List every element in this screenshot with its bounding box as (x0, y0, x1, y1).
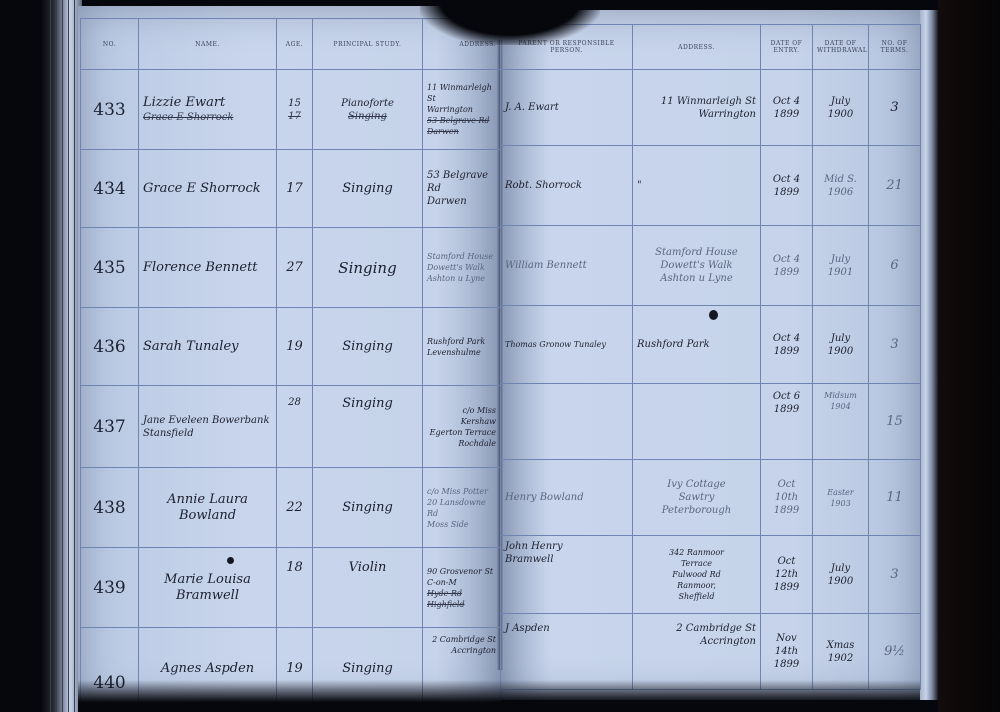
book-shadow-bottom (78, 680, 920, 712)
entry-date-withdrawal: Midsum 1904 (817, 390, 864, 412)
entry-date-entry-cell: Oct 4 1899 (761, 146, 813, 226)
entry-terms: 3 (873, 100, 916, 116)
entry-terms-cell: 11 (869, 460, 921, 536)
table-row: Oct 6 1899 Midsum 1904 15 (501, 384, 921, 460)
entry-address: Rushford Park Levenshulme (427, 336, 496, 358)
entry-date-entry-cell: Oct 4 1899 (761, 306, 813, 384)
entry-name: Grace E Shorrock (143, 181, 272, 197)
entry-terms: 21 (873, 178, 916, 194)
entry-date-entry-cell: Oct 4 1899 (761, 70, 813, 146)
entry-date-withdrawal-cell: Xmas 1902 (813, 614, 869, 690)
entry-name: Jane Eveleen Bowerbank Stansfield (143, 414, 272, 440)
entry-date-entry-cell: Oct 6 1899 (761, 384, 813, 460)
table-row: 433 Lizzie Ewart Grace E Shorrock 15 17 … (81, 70, 501, 150)
entry-terms-cell: 9½ (869, 614, 921, 690)
entry-number: 438 (81, 468, 139, 548)
entry-age: 19 (281, 661, 308, 677)
entry-address: 90 Grosvenor St C-on-M (427, 566, 496, 588)
entry-date-entry: Oct 6 1899 (765, 390, 808, 416)
entry-date-entry-cell: Oct 4 1899 (761, 226, 813, 306)
entry-date-withdrawal: Xmas 1902 (817, 639, 864, 665)
entry-address-struck: 53 Belgrave Rd Darwen (427, 115, 496, 137)
entry-name-cell: Jane Eveleen Bowerbank Stansfield (139, 386, 277, 468)
entry-address: c/o Miss Kershaw Egerton Terrace Rochdal… (427, 405, 496, 449)
entry-date-withdrawal-cell: July 1900 (813, 536, 869, 614)
entry-address-cell: 53 Belgrave Rd Darwen (423, 150, 501, 228)
entry-parent-address: 2 Cambridge St Accrington (637, 622, 756, 648)
table-row: J Aspden 2 Cambridge St Accrington Nov 1… (501, 614, 921, 690)
entry-parent: J. A. Ewart (505, 101, 628, 114)
entry-age: 28 (281, 396, 308, 409)
entry-address-cell: c/o Miss Potter 20 Lansdowne Rd Moss Sid… (423, 468, 501, 548)
entry-parent-address-cell: Rushford Park (633, 306, 761, 384)
entry-age: 17 (281, 181, 308, 197)
entry-parent-address-cell: 11 Winmarleigh St Warrington (633, 70, 761, 146)
table-row: 439 Marie Louisa Bramwell 18 Violin 90 G… (81, 548, 501, 628)
entry-parent-cell: J. A. Ewart (501, 70, 633, 146)
entry-parent: J Aspden (505, 622, 628, 635)
register-table-right: Parent or Responsible Person. Address. D… (500, 24, 921, 690)
book-page-edges-left (42, 0, 82, 712)
entry-study: Singing (317, 500, 418, 516)
table-row: J. A. Ewart 11 Winmarleigh St Warrington… (501, 70, 921, 146)
entry-name-cell: Annie Laura Bowland (139, 468, 277, 548)
entry-date-withdrawal-cell: Mid S. 1906 (813, 146, 869, 226)
book-cover (938, 0, 1000, 712)
table-row: 434 Grace E Shorrock 17 Singing 53 Belgr… (81, 150, 501, 228)
entry-date-withdrawal-cell: Midsum 1904 (813, 384, 869, 460)
entry-number: 436 (81, 308, 139, 386)
entry-parent-address-cell: 342 Ranmoor Terrace Fulwood Rd Ranmoor, … (633, 536, 761, 614)
entry-date-withdrawal: July 1901 (817, 253, 864, 279)
entry-address: 53 Belgrave Rd Darwen (427, 169, 496, 208)
entry-terms: 3 (873, 337, 916, 353)
entry-terms-cell: 3 (869, 70, 921, 146)
entry-parent-cell: John Henry Bramwell (501, 536, 633, 614)
entry-name-cell: Marie Louisa Bramwell (139, 548, 277, 628)
entry-address-cell: c/o Miss Kershaw Egerton Terrace Rochdal… (423, 386, 501, 468)
entry-terms-cell: 21 (869, 146, 921, 226)
entry-study: Singing (317, 260, 418, 276)
entry-study: Singing (317, 661, 418, 677)
entry-name: Agnes Aspden (143, 661, 272, 677)
table-row: William Bennett Stamford House Dowett's … (501, 226, 921, 306)
table-row: Robt. Shorrock " Oct 4 1899 Mid S. 1906 … (501, 146, 921, 226)
entry-age: 18 (281, 560, 308, 576)
entry-date-withdrawal-cell: July 1900 (813, 306, 869, 384)
table-row: Henry Bowland Ivy Cottage Sawtry Peterbo… (501, 460, 921, 536)
entry-parent-address: Stamford House Dowett's Walk Ashton u Ly… (637, 246, 756, 285)
entry-parent-address-cell: Stamford House Dowett's Walk Ashton u Ly… (633, 226, 761, 306)
entry-parent-cell: J Aspden (501, 614, 633, 690)
entry-number: 434 (81, 150, 139, 228)
entry-parent: Henry Bowland (505, 491, 628, 504)
entry-date-withdrawal: Mid S. 1906 (817, 173, 864, 199)
entry-age: 27 (281, 260, 308, 276)
header-principal-study: Principal Study. (313, 19, 423, 70)
entry-parent: John Henry Bramwell (505, 540, 628, 566)
entry-date-entry-cell: Nov 14th 1899 (761, 614, 813, 690)
entry-age: 19 (281, 339, 308, 355)
entry-address-cell: Stamford House Dowett's Walk Ashton u Ly… (423, 228, 501, 308)
entry-terms-cell: 3 (869, 306, 921, 384)
entry-date-entry: Oct 4 1899 (765, 95, 808, 121)
entry-age-cell: 22 (277, 468, 313, 548)
entry-study-cell: Violin (313, 548, 423, 628)
entry-date-withdrawal-cell: Easter 1903 (813, 460, 869, 536)
entry-age-cell: 17 (277, 150, 313, 228)
entry-age-cell: 27 (277, 228, 313, 308)
entry-parent-address: Ivy Cottage Sawtry Peterborough (637, 478, 756, 517)
entry-date-withdrawal: July 1900 (817, 332, 864, 358)
entry-terms-cell: 6 (869, 226, 921, 306)
entry-date-entry: Nov 14th 1899 (765, 632, 808, 671)
entry-date-withdrawal: Easter 1903 (817, 487, 864, 509)
header-date-of-withdrawal: Date of Withdrawal. (813, 25, 869, 70)
entry-date-entry: Oct 12th 1899 (765, 555, 808, 594)
entry-terms-cell: 15 (869, 384, 921, 460)
entry-terms-cell: 3 (869, 536, 921, 614)
entry-address-struck: Hyde Rd Highfield (427, 588, 496, 610)
entry-date-withdrawal-cell: July 1900 (813, 70, 869, 146)
header-no-of-terms: No. of Terms. (869, 25, 921, 70)
book-shadow-top (420, 0, 600, 45)
entry-name-cell: Lizzie Ewart Grace E Shorrock (139, 70, 277, 150)
entry-study-struck: Singing (317, 110, 418, 123)
entry-address-cell: Rushford Park Levenshulme (423, 308, 501, 386)
entry-address: 11 Winmarleigh St Warrington (427, 82, 496, 115)
entry-date-entry-cell: Oct 12th 1899 (761, 536, 813, 614)
header-parent-address: Address. (633, 25, 761, 70)
entry-name: Florence Bennett (143, 260, 272, 276)
entry-address: c/o Miss Potter 20 Lansdowne Rd Moss Sid… (427, 486, 496, 530)
table-row: 437 Jane Eveleen Bowerbank Stansfield 28… (81, 386, 501, 468)
entry-number: 433 (81, 70, 139, 150)
entry-study-cell: Singing (313, 150, 423, 228)
entry-terms: 3 (873, 567, 916, 583)
entry-terms: 9½ (873, 644, 916, 660)
entry-parent-address: " (637, 179, 756, 192)
entry-study-cell: Singing (313, 468, 423, 548)
ink-blot (709, 310, 718, 320)
entry-parent-cell: William Bennett (501, 226, 633, 306)
register-table-left: No. Name. Age. Principal Study. Address.… (80, 18, 501, 710)
entry-date-withdrawal-cell: July 1901 (813, 226, 869, 306)
entry-terms: 6 (873, 258, 916, 274)
entry-address-cell: 90 Grosvenor St C-on-M Hyde Rd Highfield (423, 548, 501, 628)
entry-name: Lizzie Ewart (143, 95, 272, 111)
entry-parent-address-cell: Ivy Cottage Sawtry Peterborough (633, 460, 761, 536)
entry-age: 15 (281, 97, 308, 110)
entry-age: 22 (281, 500, 308, 516)
entry-study: Violin (317, 560, 418, 576)
entry-address-cell: 11 Winmarleigh St Warrington 53 Belgrave… (423, 70, 501, 150)
entry-address: Stamford House Dowett's Walk Ashton u Ly… (427, 251, 496, 284)
entry-date-withdrawal: July 1900 (817, 95, 864, 121)
entry-name-cell: Grace E Shorrock (139, 150, 277, 228)
entry-study-cell: Pianoforte Singing (313, 70, 423, 150)
entry-parent-cell (501, 384, 633, 460)
entry-date-entry: Oct 4 1899 (765, 332, 808, 358)
entry-number: 439 (81, 548, 139, 628)
entry-number: 435 (81, 228, 139, 308)
entry-name: Sarah Tunaley (143, 339, 272, 355)
entry-parent-address: 342 Ranmoor Terrace Fulwood Rd Ranmoor, … (637, 547, 756, 602)
entry-parent-cell: Thomas Gronow Tunaley (501, 306, 633, 384)
entry-name-struck: Grace E Shorrock (143, 111, 272, 124)
entry-date-withdrawal: July 1900 (817, 562, 864, 588)
entry-parent: Thomas Gronow Tunaley (505, 339, 628, 350)
header-name: Name. (139, 19, 277, 70)
book-page-edges-right (918, 10, 938, 700)
entry-date-entry: Oct 4 1899 (765, 173, 808, 199)
ink-blot (227, 557, 234, 564)
table-row: John Henry Bramwell 342 Ranmoor Terrace … (501, 536, 921, 614)
entry-age-struck: 17 (281, 110, 308, 123)
entry-study-cell: Singing (313, 386, 423, 468)
entry-study: Singing (317, 181, 418, 197)
entry-date-entry: Oct 4 1899 (765, 253, 808, 279)
entry-age-cell: 28 (277, 386, 313, 468)
entry-date-entry: Oct 10th 1899 (765, 478, 808, 517)
table-row: 435 Florence Bennett 27 Singing Stamford… (81, 228, 501, 308)
entry-age-cell: 18 (277, 548, 313, 628)
entry-parent-cell: Henry Bowland (501, 460, 633, 536)
header-no: No. (81, 19, 139, 70)
table-row: 436 Sarah Tunaley 19 Singing Rushford Pa… (81, 308, 501, 386)
entry-parent-address-cell (633, 384, 761, 460)
entry-age-cell: 19 (277, 308, 313, 386)
entry-study: Singing (317, 339, 418, 355)
entry-name-cell: Florence Bennett (139, 228, 277, 308)
entry-date-entry-cell: Oct 10th 1899 (761, 460, 813, 536)
entry-name: Annie Laura Bowland (143, 492, 272, 524)
entry-parent-address: Rushford Park (637, 338, 756, 351)
header-date-of-entry: Date of Entry. (761, 25, 813, 70)
entry-parent-address: 11 Winmarleigh St Warrington (637, 95, 756, 121)
table-row: 438 Annie Laura Bowland 22 Singing c/o M… (81, 468, 501, 548)
entry-name: Marie Louisa Bramwell (143, 572, 272, 604)
entry-study: Singing (317, 396, 418, 412)
entry-study: Pianoforte (317, 97, 418, 110)
entry-parent-cell: Robt. Shorrock (501, 146, 633, 226)
entry-age-cell: 15 17 (277, 70, 313, 150)
entry-terms: 11 (873, 490, 916, 506)
entry-terms: 15 (873, 414, 916, 430)
entry-parent-address-cell: 2 Cambridge St Accrington (633, 614, 761, 690)
entry-parent-address-cell: " (633, 146, 761, 226)
entry-name-cell: Sarah Tunaley (139, 308, 277, 386)
header-age: Age. (277, 19, 313, 70)
entry-study-cell: Singing (313, 228, 423, 308)
entry-number: 437 (81, 386, 139, 468)
entry-parent: William Bennett (505, 259, 628, 272)
entry-study-cell: Singing (313, 308, 423, 386)
entry-address: 2 Cambridge St Accrington (427, 634, 496, 656)
entry-parent: Robt. Shorrock (505, 179, 628, 192)
